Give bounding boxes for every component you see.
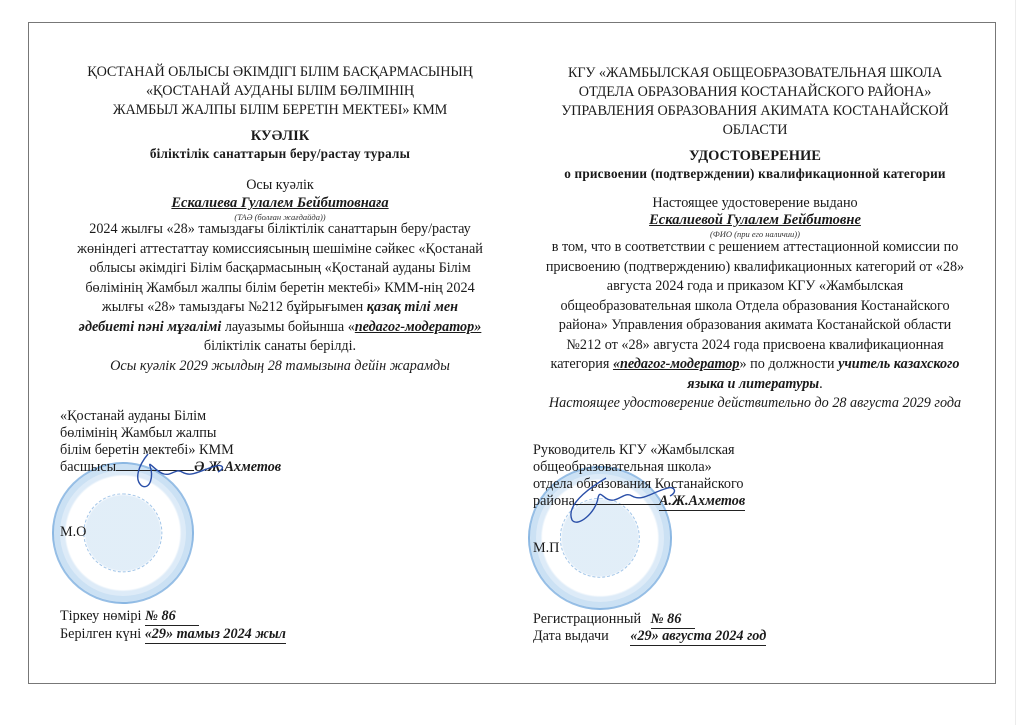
org-line: ҚОСТАНАЙ ОБЛЫСЫ ӘКІМДІГІ БІЛІМ БАСҚАРМАС… [50,63,510,82]
validity-ru: Настоящее удостоверение действительно до… [520,394,990,414]
org-line: КГУ «ЖАМБЫЛСКАЯ ОБЩЕОБРАЗОВАТЕЛЬНАЯ ШКОЛ… [520,64,990,83]
position-kz: әдебиеті пәні мұғалімі [79,319,222,335]
body-text: . [819,376,823,392]
seal-label-kz: М.О [60,524,86,541]
handwritten-signature-kz [120,446,230,496]
body-line: 2024 жылғы «28» тамыздағы біліктілік сан… [50,220,510,240]
registration-ru: Регистрационный № 86 [533,611,695,629]
reg-label: Регистрационный [533,611,641,627]
body-line: августа 2024 года и приказом КГУ «Жамбыл… [520,277,990,297]
date-label: Берілген күні [60,626,141,642]
org-header-ru: КГУ «ЖАМБЫЛСКАЯ ОБЩЕОБРАЗОВАТЕЛЬНАЯ ШКОЛ… [520,64,990,140]
org-header-kz: ҚОСТАНАЙ ОБЛЫСЫ ӘКІМДІГІ БІЛІМ БАСҚАРМАС… [50,63,510,120]
registration-kz: Тіркеу нөмірі № 86 [60,608,199,626]
issue-date-ru: Дата выдачи «29» августа 2024 год [533,628,766,646]
body-line: жылғы «28» тамыздағы №212 бұйрығымен қаз… [50,298,510,318]
body-line: облысы әкімдігі Білім басқармасының «Қос… [50,259,510,279]
scan-edge [1015,0,1016,725]
org-line: УПРАВЛЕНИЯ ОБРАЗОВАНИЯ АКИМАТА КОСТАНАЙС… [520,102,990,121]
body-text: лауазымы бойынша « [221,319,355,335]
body-line: әдебиеті пәні мұғалімі лауазымы бойынша … [50,318,510,338]
date-label: Дата выдачи [533,628,609,644]
body-text: » по должности [740,356,839,372]
issue-date-value-ru: «29» августа 2024 год [630,628,766,646]
handwritten-signature-ru [556,472,686,532]
signer-line: бөлімінің Жамбыл жалпы [60,425,281,442]
body-text: жылғы «28» тамыздағы №212 бұйрығымен [102,299,367,315]
body-line: в том, что в соответствии с решением атт… [520,238,990,258]
document-subtitle-ru: о присвоении (подтверждении) квалификаци… [520,166,990,182]
org-line: ЖАМБЫЛ ЖАЛПЫ БІЛІМ БЕРЕТІН МЕКТЕБІ» КММ [50,101,510,120]
category-kz: педагог-модератор» [355,319,482,335]
signer-line: «Қостанай ауданы Білім [60,408,281,425]
signer-role: басшысы [60,459,116,475]
document-title-kz: КУӘЛІК [50,128,510,145]
body-line: жөніндегі аттестаттау комиссиясының шеші… [50,240,510,260]
body-text-ru: в том, что в соответствии с решением атт… [520,238,990,394]
validity-kz: Осы куәлік 2029 жылдың 28 тамызына дейін… [50,357,510,377]
body-line: біліктілік санаты берілді. [50,337,510,357]
org-line: «ҚОСТАНАЙ АУДАНЫ БІЛІМ БӨЛІМІНІҢ [50,82,510,101]
body-line: общеобразовательная школа Отдела образов… [520,297,990,317]
category-ru: «педагог-модератор [613,356,740,372]
recipient-name-kz: Ескалиева Гулалем Бейбитовнаға [171,195,388,211]
document-subtitle-kz: біліктілік санаттарын беру/растау туралы [50,146,510,162]
position-ru: языка и литературы [687,376,819,392]
issue-date-value-kz: «29» тамыз 2024 жыл [145,626,286,644]
seal-label-ru: М.П [533,540,559,557]
signer-line: Руководитель КГУ «Жамбылская [533,442,745,459]
body-line: района» Управления образования акимата К… [520,316,990,336]
reg-label: Тіркеу нөмірі [60,608,141,624]
org-line: ОБЛАСТИ [520,121,990,140]
recipient-name-ru: Ескалиевой Гулалем Бейбитовне [649,212,861,228]
body-line: бөлімінің Жамбыл жалпы білім беретін мек… [50,279,510,299]
reg-number-ru: № 86 [651,611,695,629]
issue-date-kz: Берілген күні «29» тамыз 2024 жыл [60,626,286,644]
position-kz: қазақ тілі мен [367,299,458,315]
org-line: ОТДЕЛА ОБРАЗОВАНИЯ КОСТАНАЙСКОГО РАЙОНА» [520,83,990,102]
body-line: языка и литературы. [520,375,990,395]
body-line: №212 от «28» августа 2024 года присвоена… [520,336,990,356]
body-line: категория «педагог-модератор» по должнос… [520,355,990,375]
document-title-ru: УДОСТОВЕРЕНИЕ [520,148,990,165]
intro-kz: Осы куәлік [50,176,510,196]
body-line: присвоению (подтверждению) квалификацион… [520,258,990,278]
body-text-kz: 2024 жылғы «28» тамыздағы біліктілік сан… [50,220,510,357]
body-text: категория [551,356,613,372]
reg-number-kz: № 86 [145,608,199,626]
position-ru: учитель казахского [838,356,959,372]
